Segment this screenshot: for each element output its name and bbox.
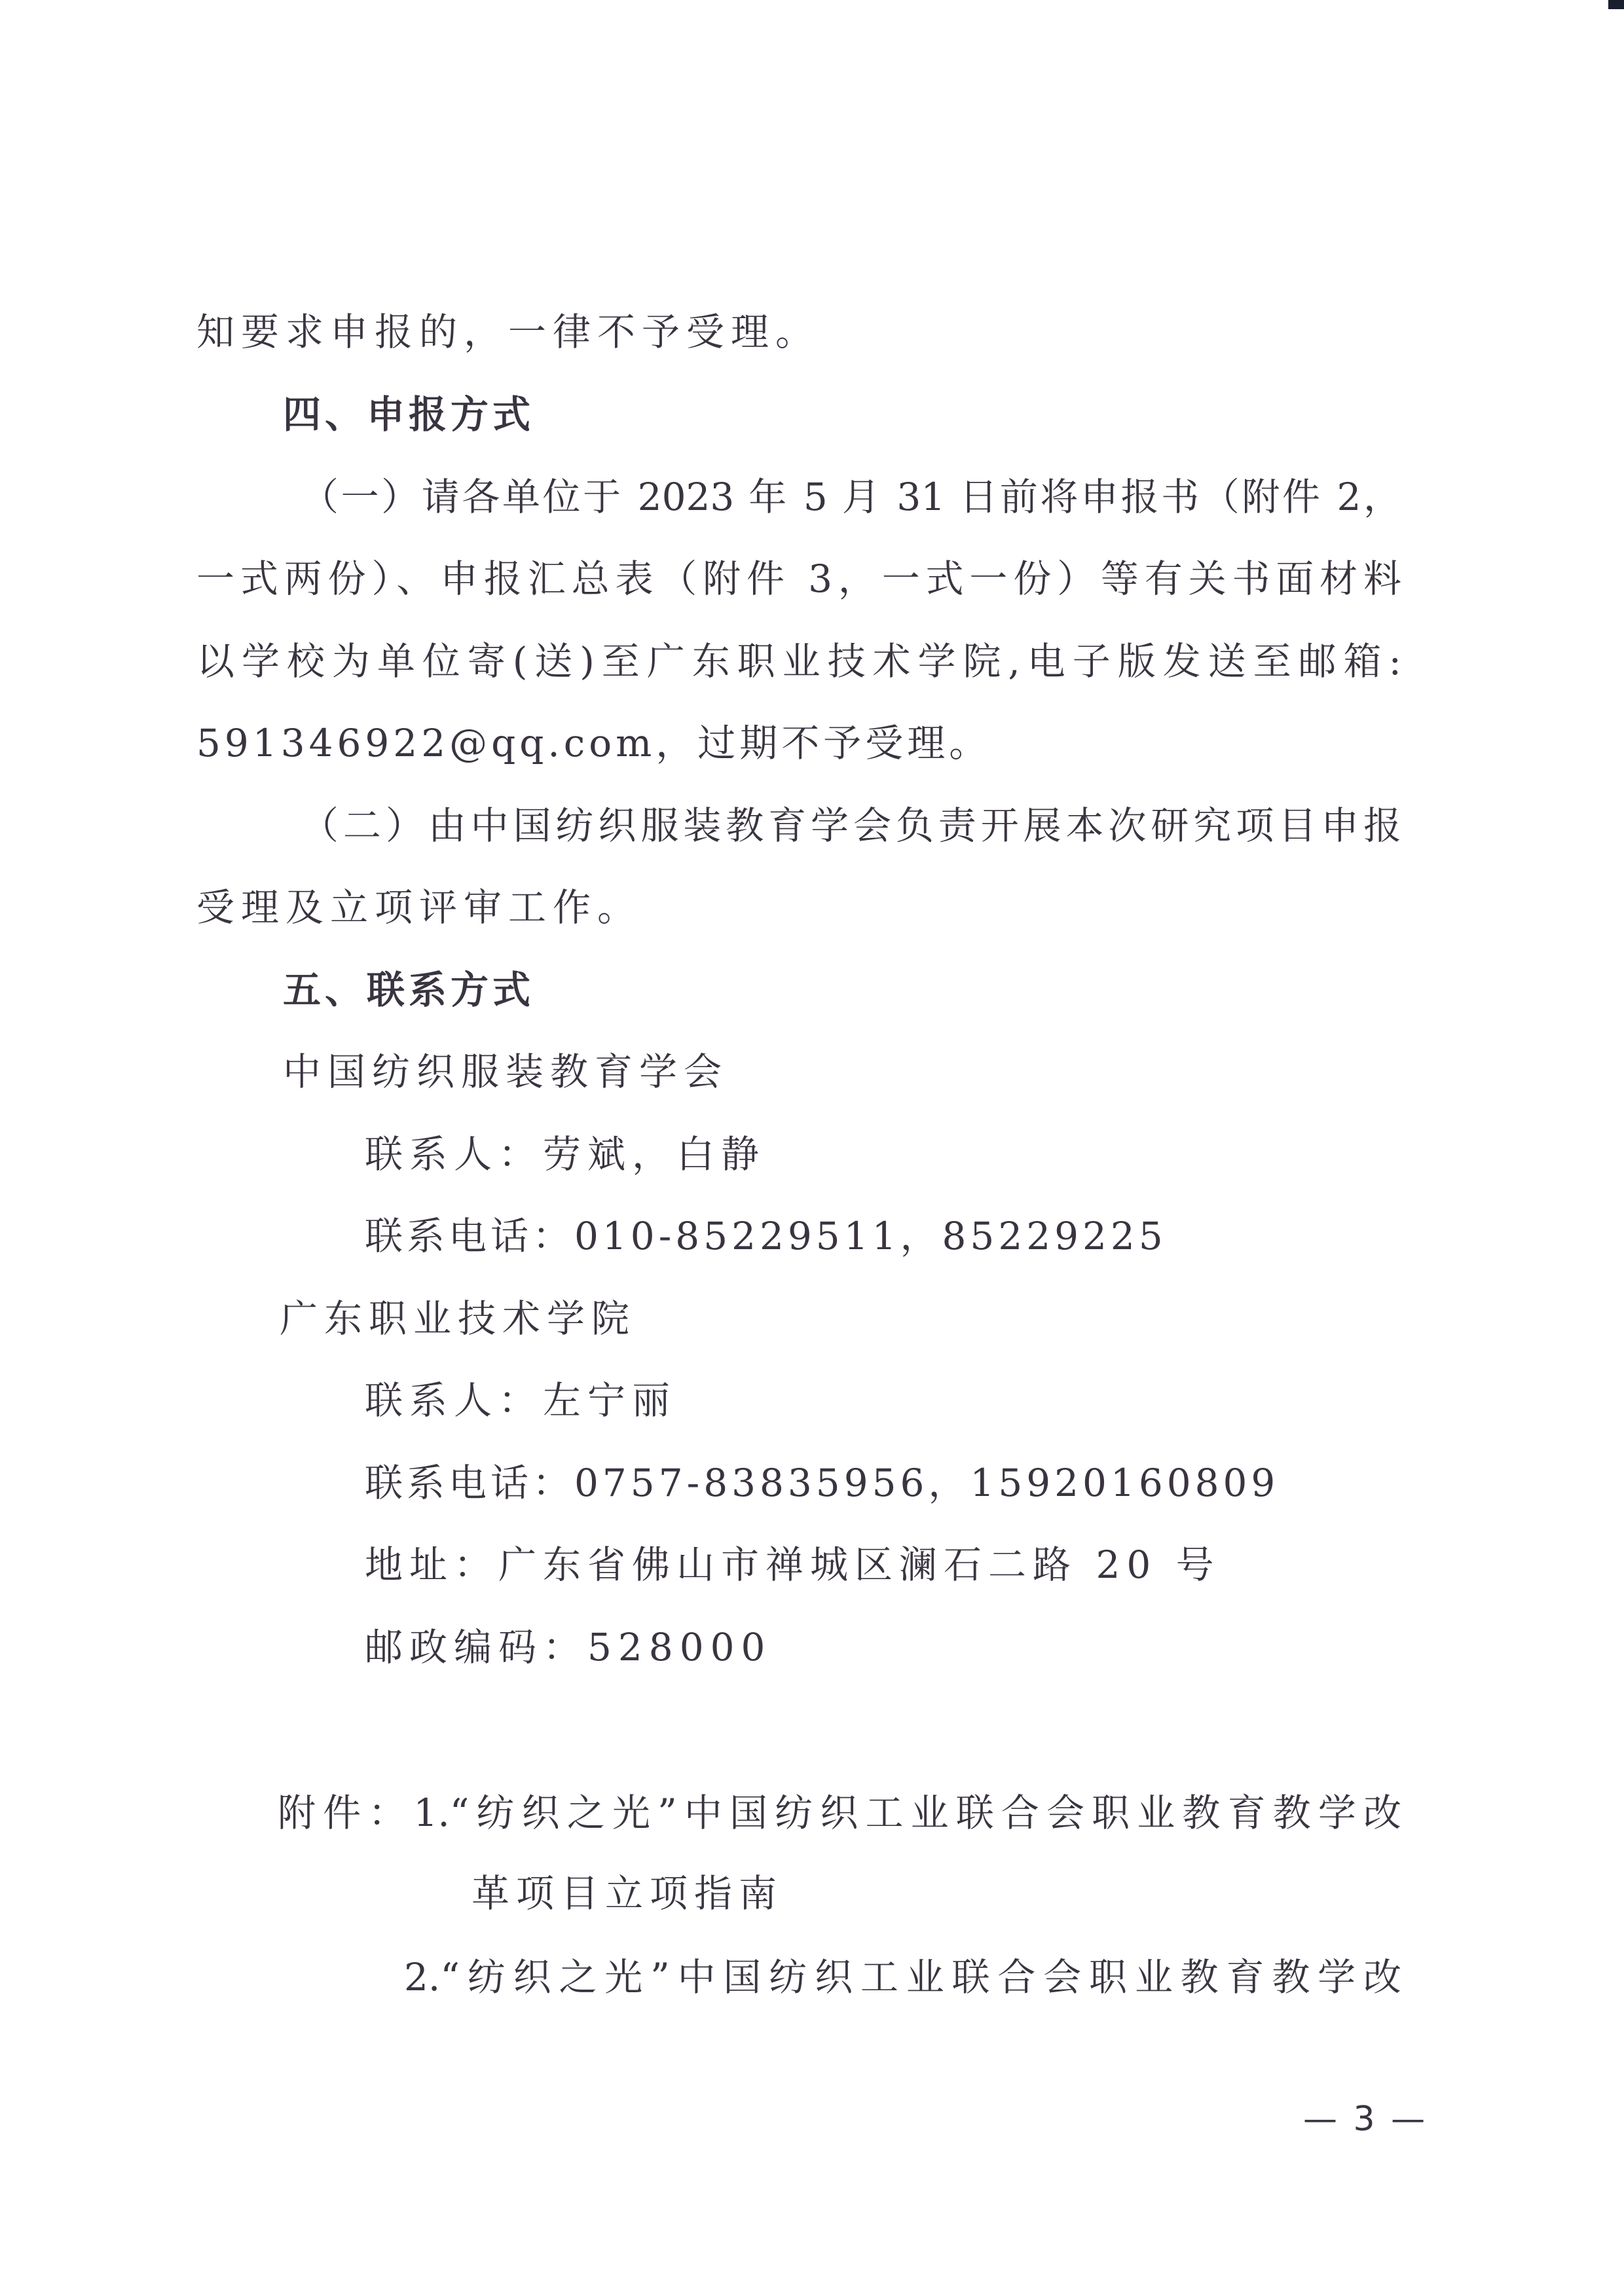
body-line-email: 591346922@qq.com，过期不予受理。 [196,720,991,766]
contact-person-2: 联系人：左宁丽 [365,1377,676,1423]
body-line-submission-3: 以学校为单位寄(送)至广东职业技术学院,电子版发送至邮箱: [196,638,1401,684]
contact-org-name-2: 广东职业技术学院 [280,1296,636,1341]
section-heading-contact: 五、联系方式 [283,967,534,1013]
section-heading-submission: 四、申报方式 [283,392,534,437]
attachment-item-2: 2.“纺织之光”中国纺织工业联合会职业教育教学改 [404,1954,1401,2000]
body-line-continuation: 知要求申报的，一律不予受理。 [196,309,820,355]
contact-phone-1: 联系电话：010-85229511，85229225 [365,1213,1167,1259]
body-line-submission-2: 一式两份）、申报汇总表（附件 3，一式一份）等有关书面材料 [196,556,1401,602]
contact-phone-2: 联系电话：0757-83835956，15920160809 [365,1460,1279,1506]
attachment-item-1: 附件：1.“纺织之光”中国纺织工业联合会职业教育教学改 [278,1790,1401,1836]
contact-address: 地址：广东省佛山市禅城区澜石二路 20 号 [365,1542,1221,1588]
contact-person-1: 联系人：劳斌，白静 [365,1131,766,1177]
body-line-submission-1: （一）请各单位于 2023 年 5 月 31 日前将申报书（附件 2， [301,474,1401,520]
attachment-item-1-continuation: 革项目立项指南 [471,1870,783,1916]
page-number: — 3 — [1303,2098,1428,2140]
contact-postcode: 邮政编码：528000 [365,1624,771,1670]
contact-org-name-1: 中国纺织服装教育学会 [283,1049,728,1095]
body-line-review-2: 受理及立项评审工作。 [196,884,642,930]
scan-edge-mark [1608,0,1624,9]
body-line-review-1: （二）由中国纺织服装教育学会负责开展本次研究项目申报 [301,803,1401,848]
